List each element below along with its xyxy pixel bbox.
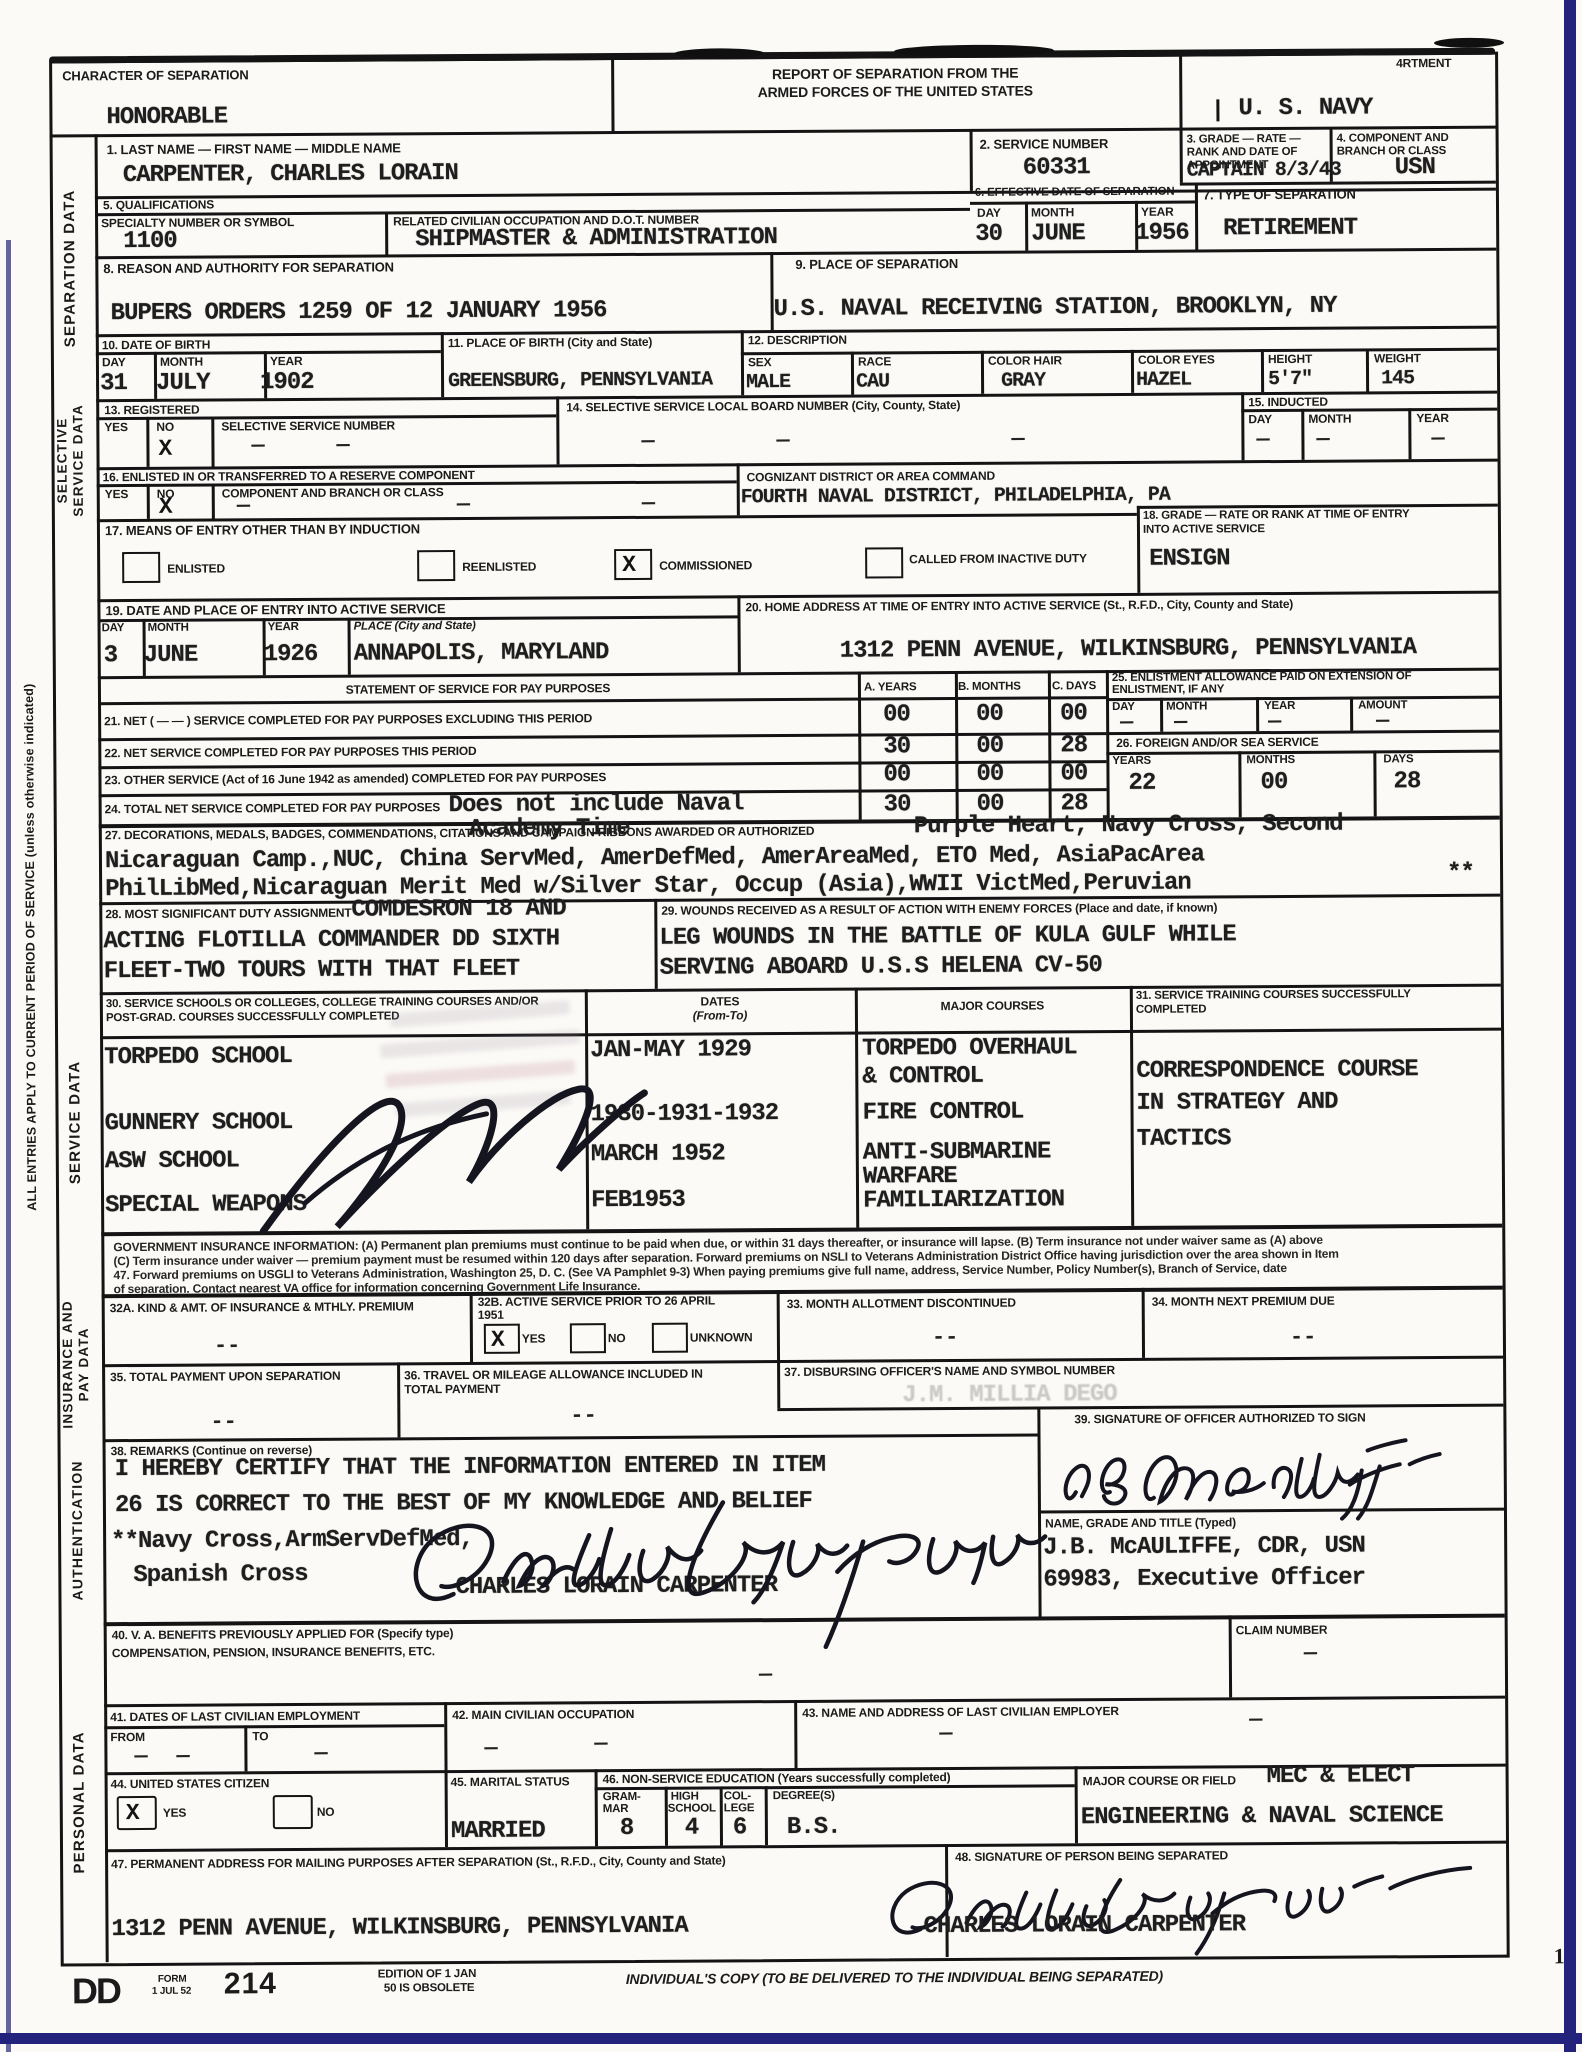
major-course-value-line1: MEC & ELECT: [1267, 1762, 1415, 1790]
item37-value-faded: J.M. MILLIA DEGO: [902, 1381, 1117, 1409]
item15-day-label: DAY: [1248, 412, 1272, 426]
page-number: 1: [1554, 1943, 1565, 1969]
section-selective-line2: SERVICE DATA: [70, 402, 87, 518]
item28-label: 28. MOST SIGNIFICANT DUTY ASSIGNMENT: [105, 906, 351, 922]
pay-col-years: A. YEARS: [864, 681, 917, 693]
item32b-yes-mark: X: [491, 1327, 505, 1353]
item23-months: 00: [976, 761, 1003, 788]
dash-mark: —: [776, 428, 789, 453]
item27-value-line1: Purple Heart, Navy Cross, Second: [914, 811, 1343, 841]
dash-mark: —: [759, 1662, 772, 1687]
race-value: CAU: [856, 370, 889, 393]
weight-value: 145: [1381, 367, 1414, 390]
branch-value: U. S. NAVY: [1238, 94, 1372, 122]
item30-courses-label: MAJOR COURSES: [855, 998, 1130, 1014]
item6-month: JUNE: [1031, 220, 1085, 247]
item28-value-line2: FLEET-TWO TOURS WITH THAT FLEET: [104, 956, 520, 986]
race-label: RACE: [858, 354, 891, 368]
dash-mark: —: [939, 1721, 952, 1746]
item6-month-label: MONTH: [1031, 205, 1074, 219]
item26-days: 28: [1393, 768, 1420, 795]
item18-label-line2: INTO ACTIVE SERVICE: [1143, 523, 1265, 536]
highschool-years: 4: [685, 1815, 699, 1842]
item36-label-line1: 36. TRAVEL OR MILEAGE ALLOWANCE INCLUDED…: [404, 1367, 703, 1383]
degrees-label: DEGREE(S): [773, 1790, 835, 1802]
footer-form-date: 1 JUL 52: [152, 1986, 191, 1997]
item7-value: RETIREMENT: [1223, 215, 1357, 243]
hair-label: COLOR HAIR: [988, 353, 1062, 367]
item42-label: 42. MAIN CIVILIAN OCCUPATION: [452, 1707, 634, 1722]
item6-label: 6. EFFECTIVE DATE OF SEPARATION: [975, 186, 1175, 199]
item9-label: 9. PLACE OF SEPARATION: [795, 256, 958, 272]
item48-typed-name: CHARLES LORAIN CARPENTER: [923, 1911, 1245, 1940]
item15-month-label: MONTH: [1308, 412, 1351, 426]
item29-value-line2: SERVING ABOARD U.S.S HELENA CV-50: [660, 952, 1102, 982]
item8-label: 8. REASON AND AUTHORITY FOR SEPARATION: [103, 259, 394, 276]
item19-year-label: YEAR: [268, 621, 299, 633]
item9-value: U.S. NAVAL RECEIVING STATION, BROOKLYN, …: [774, 293, 1337, 323]
section-service-data: SERVICE DATA: [66, 972, 85, 1272]
dash-mark: --: [932, 1325, 959, 1350]
dash-mark: —: [314, 1741, 327, 1766]
item31-value-line: CORRESPONDENCE COURSE: [1136, 1056, 1418, 1085]
item33-label: 33. MONTH ALLOTMENT DISCONTINUED: [787, 1296, 1016, 1311]
item45-value: MARRIED: [451, 1818, 545, 1846]
item34-label: 34. MONTH NEXT PREMIUM DUE: [1152, 1294, 1335, 1309]
item21-years: 00: [883, 701, 910, 728]
item32b-no-checkbox: [570, 1323, 606, 1353]
commissioned-mark: X: [622, 552, 636, 578]
item5-label: 5. QUALIFICATIONS: [103, 198, 214, 213]
officer-signature: [1057, 1420, 1498, 1523]
college-years: 6: [733, 1814, 747, 1841]
dash-mark: —: [176, 1744, 189, 1769]
item16-no-mark: X: [159, 494, 173, 520]
school-entry: ASW SCHOOL: [105, 1147, 239, 1175]
item4-value: USN: [1395, 154, 1435, 181]
item15-year-label: YEAR: [1416, 411, 1449, 425]
item45-label: 45. MARITAL STATUS: [451, 1774, 570, 1789]
item19-month-label: MONTH: [148, 622, 189, 634]
item16-cognizant-label: COGNIZANT DISTRICT OR AREA COMMAND: [747, 469, 995, 485]
major-course: & CONTROL: [862, 1063, 983, 1091]
item19-day: 3: [104, 642, 118, 669]
pay-col-days: C. DAYS: [1052, 680, 1096, 692]
item36-label-line2: TOTAL PAYMENT: [404, 1382, 500, 1397]
reenlisted-option-label: REENLISTED: [462, 560, 536, 574]
item26-years: 22: [1128, 770, 1155, 797]
item22-days: 28: [1060, 732, 1087, 759]
item17-label: 17. MEANS OF ENTRY OTHER THAN BY INDUCTI…: [105, 521, 420, 538]
called-from-inactive-duty-label: CALLED FROM INACTIVE DUTY: [909, 551, 1087, 566]
dash-mark: —: [642, 491, 655, 516]
dash-mark: —: [237, 493, 250, 518]
item13-label: 13. REGISTERED: [104, 403, 199, 418]
major-course: FAMILIARIZATION: [863, 1186, 1064, 1214]
enlisted-checkbox: [122, 552, 160, 583]
reenlisted-checkbox: [417, 550, 455, 581]
dash-mark: —: [1249, 1707, 1262, 1732]
item8-value: BUPERS ORDERS 1259 OF 12 JANUARY 1956: [111, 297, 607, 327]
footer-dd: DD: [72, 1970, 120, 2012]
item6-year-label: YEAR: [1141, 205, 1174, 219]
item1-label: 1. LAST NAME — FIRST NAME — MIDDLE NAME: [107, 140, 401, 157]
item10-year: 1902: [260, 369, 314, 396]
item21-label: 21. NET ( — — ) SERVICE COMPLETED FOR PA…: [104, 711, 592, 728]
item40-value: COMPENSATION, PENSION, INSURANCE BENEFIT…: [112, 1644, 435, 1660]
item10-label: 10. DATE OF BIRTH: [102, 338, 210, 353]
dash-mark: —: [594, 1731, 607, 1756]
item41-from-label: FROM: [110, 1730, 145, 1744]
dash-mark: —: [457, 492, 470, 517]
commissioned-option-label: COMMISSIONED: [659, 558, 752, 573]
major-course: TORPEDO OVERHAUL: [862, 1034, 1077, 1062]
item2-label: 2. SERVICE NUMBER: [980, 136, 1109, 152]
item48-signature: [870, 1848, 1501, 1960]
item24-years: 30: [884, 791, 911, 818]
major-course-label: MAJOR COURSE OR FIELD: [1083, 1773, 1236, 1788]
section-selective-service-data: SELECTIVE SERVICE DATA: [54, 402, 87, 518]
weight-label: WEIGHT: [1374, 351, 1421, 365]
item13-ssn-label: SELECTIVE SERVICE NUMBER: [221, 418, 395, 433]
item41-label: 41. DATES OF LAST CIVILIAN EMPLOYMENT: [110, 1709, 360, 1725]
item44-yes-label: YES: [163, 1806, 187, 1820]
dash-mark: —: [251, 433, 264, 458]
grammar-years: 8: [620, 1815, 634, 1842]
item27-note: Academy Time: [469, 815, 630, 843]
item19-label: 19. DATE AND PLACE OF ENTRY INTO ACTIVE …: [105, 601, 445, 618]
item23-days: 00: [1060, 760, 1087, 787]
item16-yes-label: YES: [105, 487, 129, 501]
item22-years: 30: [883, 733, 910, 760]
item7-label: 7. TYPE OF SEPARATION: [1203, 187, 1356, 203]
item28-value-line1: ACTING FLOTILLA COMMANDER DD SIXTH: [103, 925, 559, 955]
item13-no-label: NO: [156, 420, 174, 434]
item22-months: 00: [976, 733, 1003, 760]
character-of-separation-value: HONORABLE: [106, 103, 227, 131]
item26-months-label: MONTHS: [1246, 754, 1295, 766]
item12-label: 12. DESCRIPTION: [748, 333, 847, 348]
item21-days: 00: [1060, 700, 1087, 727]
item6-day: 30: [975, 221, 1002, 248]
item31-label-line1: 31. SERVICE TRAINING COURSES SUCCESSFULL…: [1136, 988, 1411, 1002]
item14-label: 14. SELECTIVE SERVICE LOCAL BOARD NUMBER…: [566, 398, 960, 414]
item37-label: 37. DISBURSING OFFICER'S NAME AND SYMBOL…: [784, 1363, 1115, 1379]
grammar-label-line2: MAR: [603, 1803, 629, 1815]
section-insurance-line1: INSURANCE AND: [60, 1294, 77, 1434]
item16-cognizant-value: FOURTH NAVAL DISTRICT, PHILADELPHIA, PA: [741, 484, 1170, 510]
sex-value: MALE: [746, 371, 790, 394]
hair-value: GRAY: [1001, 369, 1045, 392]
section-separation-data: SEPARATION DATA: [61, 140, 80, 396]
item6-day-label: DAY: [977, 206, 1001, 220]
item5-occupation-value: SHIPMASTER & ADMINISTRATION: [415, 224, 777, 253]
item16-component-label: COMPONENT AND BRANCH OR CLASS: [222, 485, 444, 500]
item43-label: 43. NAME AND ADDRESS OF LAST CIVILIAN EM…: [802, 1704, 1119, 1720]
dash-mark: —: [336, 433, 349, 458]
item44-no-label: NO: [317, 1805, 335, 1819]
scan-speck: [1434, 38, 1504, 48]
item10-day: 31: [100, 370, 127, 397]
sex-label: SEX: [748, 355, 772, 369]
item10-year-label: YEAR: [270, 354, 303, 368]
claim-number-label: CLAIM NUMBER: [1236, 1623, 1328, 1638]
item18-value: ENSIGN: [1149, 545, 1230, 572]
highschool-label-line1: HIGH: [671, 1791, 699, 1803]
item23-years: 00: [883, 761, 910, 788]
dash-mark: —: [1304, 1641, 1317, 1666]
item15-label: 15. INDUCTED: [1248, 395, 1328, 409]
footer-form-label: FORM: [158, 1974, 187, 1985]
section-insurance-pay-data: INSURANCE AND PAY DATA: [60, 1294, 93, 1434]
dash-mark: --: [570, 1403, 597, 1428]
item30-dates-sublabel: (From-To): [585, 1008, 855, 1024]
item19-place-label: PLACE (City and State): [354, 620, 476, 633]
item19-day-label: DAY: [102, 622, 125, 634]
item30-label-line2: POST-GRAD. COURSES SUCCESSFULLY COMPLETE…: [106, 1010, 399, 1024]
item31-value-line: IN STRATEGY AND: [1136, 1089, 1337, 1117]
height-label: HEIGHT: [1268, 352, 1312, 366]
dash-mark: --: [214, 1333, 241, 1358]
item24-label: 24. TOTAL NET SERVICE COMPLETED FOR PAY …: [105, 800, 440, 816]
section-insurance-line2: PAY DATA: [76, 1294, 93, 1434]
item46-label: 46. NON-SERVICE EDUCATION (Years success…: [603, 1770, 951, 1786]
item28-note: COMDESRON 18 AND: [351, 895, 566, 923]
item44-label: 44. UNITED STATES CITIZEN: [111, 1776, 270, 1791]
item18-label-line1: 18. GRADE — RATE OR RANK AT TIME OF ENTR…: [1143, 508, 1410, 522]
height-value: 5'7": [1268, 368, 1312, 391]
item25-label-line1: 25. ENLISTMENT ALLOWANCE PAID ON EXTENSI…: [1112, 670, 1412, 684]
item2-value: 60331: [1023, 154, 1090, 181]
item13-no-mark: X: [158, 436, 172, 462]
item32b-yes-label: YES: [522, 1332, 546, 1346]
major-course-value-line2: ENGINEERING & NAVAL SCIENCE: [1081, 1802, 1443, 1831]
item1-value: CARPENTER, CHARLES LORAIN: [123, 160, 458, 189]
item32b-label-line2: 1951: [478, 1308, 504, 1322]
item32b-unknown-label: UNKNOWN: [690, 1330, 753, 1344]
item21-months: 00: [976, 701, 1003, 728]
eyes-label: COLOR EYES: [1138, 352, 1215, 366]
item5-specialty-value: 1100: [123, 228, 177, 255]
item26-years-label: YEARS: [1112, 755, 1151, 767]
item11-label: 11. PLACE OF BIRTH (City and State): [448, 335, 652, 350]
item6-year: 1956: [1135, 220, 1189, 247]
item26-months: 00: [1260, 769, 1287, 796]
item11-value: GREENSBURG, PENNSYLVANIA: [448, 368, 712, 393]
item32b-unknown-checkbox: [652, 1323, 688, 1353]
department-fragment: 4RTMENT: [1396, 56, 1451, 70]
dash-mark: —: [1256, 427, 1269, 452]
dash-mark: —: [134, 1744, 147, 1769]
item31-value-line: TACTICS: [1137, 1125, 1231, 1153]
item39-typed-name-line1: J.B. McAULIFFE, CDR, USN: [1043, 1533, 1365, 1562]
section-personal-data: PERSONAL DATA: [70, 1652, 89, 1952]
item44-yes-mark: X: [126, 1800, 140, 1826]
item20-value: 1312 PENN AVENUE, WILKINSBURG, PENNSYLVA…: [840, 634, 1416, 665]
dash-mark: —: [641, 429, 654, 454]
scrawl-signature: [240, 1041, 661, 1249]
item13-yes-label: YES: [104, 420, 128, 434]
pay-col-months: B. MONTHS: [958, 681, 1021, 693]
item22-label: 22. NET SERVICE COMPLETED FOR PAY PURPOS…: [104, 744, 476, 760]
college-label-line2: LEGE: [724, 1802, 755, 1814]
item19-month: JUNE: [144, 642, 198, 669]
section-authentication: AUTHENTICATION: [69, 1444, 86, 1616]
footer-edition-line2: 50 IS OBSOLETE: [384, 1982, 475, 1995]
item3-value: CAPTAIN 8/3/43: [1187, 159, 1341, 183]
item10-day-label: DAY: [102, 355, 126, 369]
item26-days-label: DAYS: [1383, 753, 1413, 765]
tick-mark: [1216, 99, 1219, 121]
item31-label-line2: COMPLETED: [1136, 1003, 1206, 1015]
called-from-inactive-duty-checkbox: [865, 547, 903, 578]
dash-mark: --: [1290, 1325, 1317, 1350]
dash-mark: --: [210, 1409, 237, 1434]
item19-year: 1926: [264, 641, 318, 668]
footer-copy-designation: INDIVIDUAL'S COPY (TO BE DELIVERED TO TH…: [626, 1968, 1163, 1987]
item41-to-label: TO: [252, 1729, 268, 1743]
form-sheet: CHARACTER OF SEPARATION HONORABLE REPORT…: [0, 0, 1582, 2052]
section-selective-line1: SELECTIVE: [54, 402, 71, 518]
degrees-value: B.S.: [787, 1814, 841, 1841]
dash-mark: —: [1011, 427, 1024, 452]
footer-edition-line1: EDITION OF 1 JAN: [378, 1968, 476, 1981]
item10-month-label: MONTH: [160, 355, 203, 369]
item19-place: ANNAPOLIS, MARYLAND: [354, 639, 609, 668]
dash-mark: —: [1316, 427, 1329, 452]
dd214-scanned-document: CHARACTER OF SEPARATION HONORABLE REPORT…: [0, 0, 1582, 2052]
item26-label: 26. FOREIGN AND/OR SEA SERVICE: [1116, 735, 1318, 750]
item38-footnote-line2: Spanish Cross: [133, 1561, 307, 1589]
eyes-value: HAZEL: [1136, 369, 1191, 392]
enlisted-option-label: ENLISTED: [167, 561, 225, 575]
member-signature: [393, 1440, 1064, 1669]
item35-label: 35. TOTAL PAYMENT UPON SEPARATION: [110, 1369, 340, 1384]
college-label-line1: COL-: [724, 1790, 751, 1802]
item25-label-line2: ENLISTMENT, IF ANY: [1112, 683, 1224, 696]
footer-form-number: 214: [224, 1967, 277, 2001]
item27-footnote-stars: **: [1447, 860, 1474, 887]
item10-month: JULY: [156, 370, 210, 397]
item47-value: 1312 PENN AVENUE, WILKINSBURG, PENNSYLVA…: [111, 1913, 687, 1944]
grammar-label-line1: GRAM-: [603, 1791, 641, 1803]
margin-entries-note: ALL ENTRIES APPLY TO CURRENT PERIOD OF S…: [21, 595, 39, 1300]
item32b-no-label: NO: [608, 1331, 626, 1345]
item44-no-checkbox: [273, 1795, 313, 1829]
item29-value-line1: LEG WOUNDS IN THE BATTLE OF KULA GULF WH…: [659, 921, 1235, 952]
item32b-label-line1: 32B. ACTIVE SERVICE PRIOR TO 26 APRIL: [478, 1293, 715, 1308]
highschool-label-line2: SCHOOL: [668, 1802, 716, 1814]
item39-name-label: NAME, GRADE AND TITLE (Typed): [1045, 1515, 1236, 1530]
item40-label: 40. V. A. BENEFITS PREVIOUSLY APPLIED FO…: [112, 1626, 454, 1642]
character-of-separation-label: CHARACTER OF SEPARATION: [62, 67, 248, 83]
item39-typed-name-line2: 69983, Executive Officer: [1043, 1565, 1365, 1594]
dash-mark: —: [1431, 426, 1444, 451]
item32a-label: 32A. KIND & AMT. OF INSURANCE & MTHLY. P…: [110, 1299, 414, 1315]
major-course: FIRE CONTROL: [862, 1099, 1023, 1127]
dash-mark: —: [484, 1736, 497, 1761]
